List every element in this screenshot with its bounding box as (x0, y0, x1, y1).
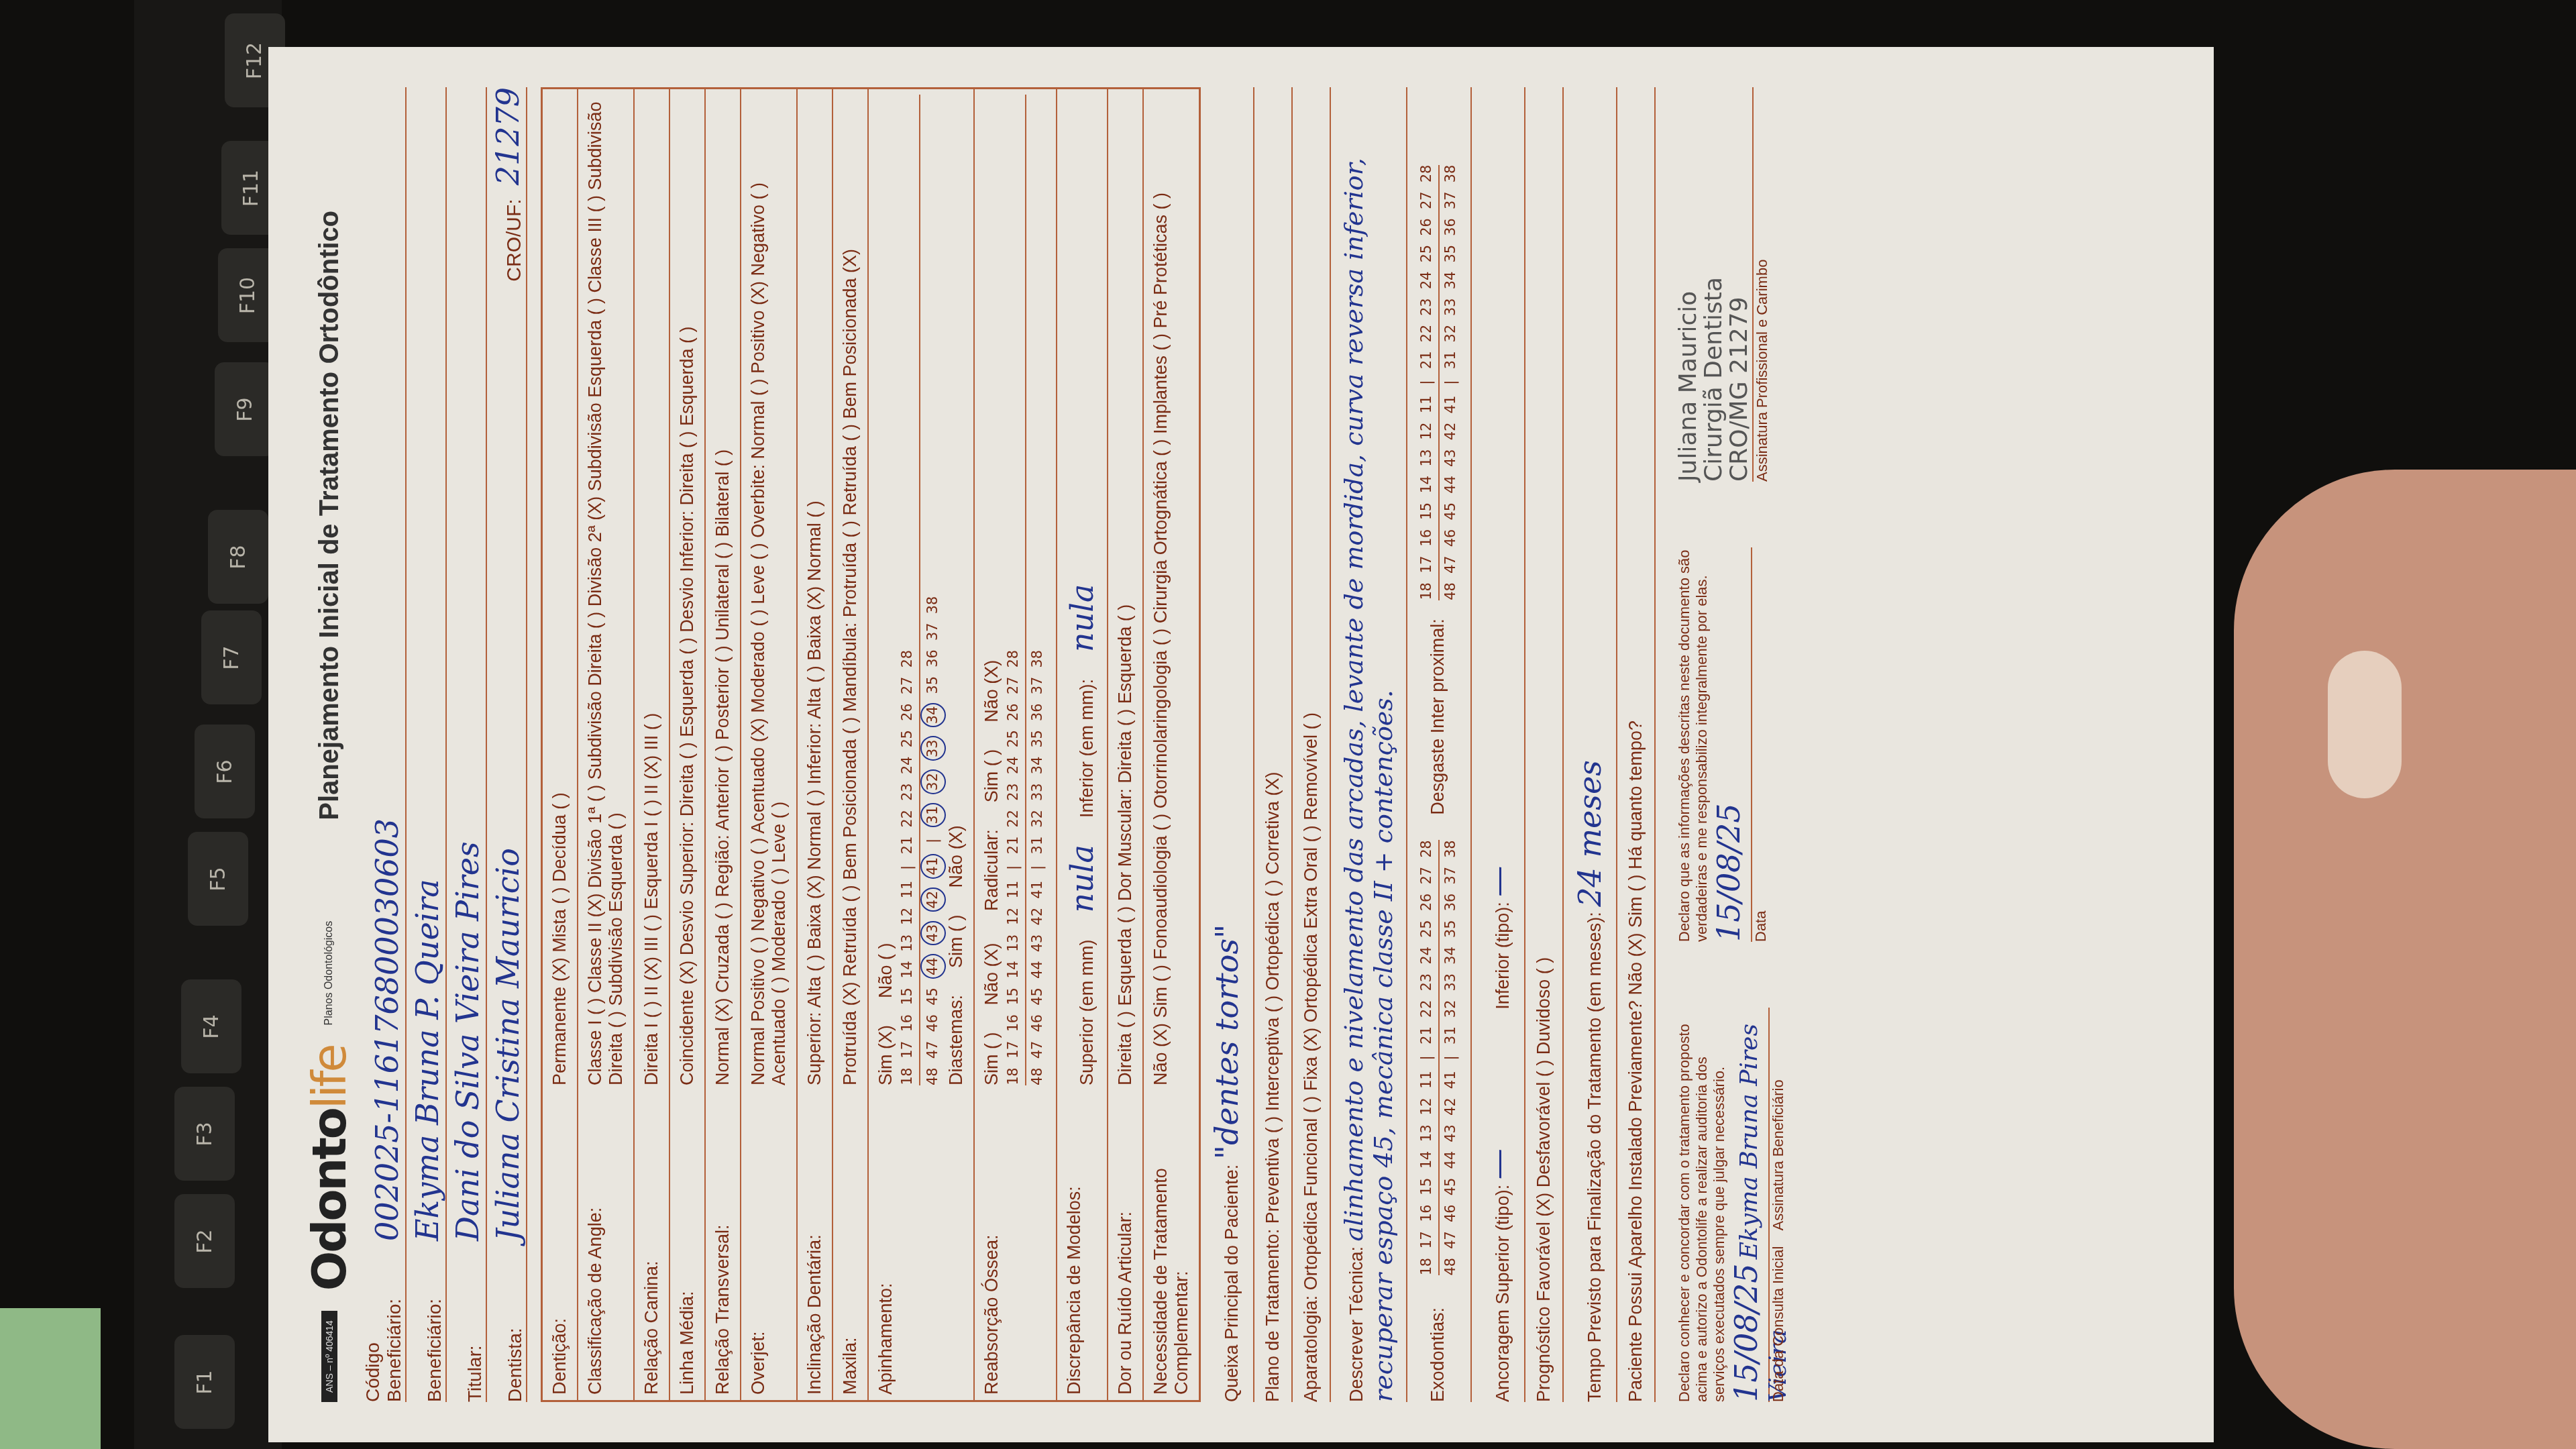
form-title: Planejamento Inicial de Tratamento Ortod… (315, 211, 345, 820)
key-f1: F1 (174, 1335, 235, 1429)
row-overjet: Overjet:Normal Positivo ( ) Negativo ( )… (741, 89, 797, 1401)
row-angle: Classificação de Angle:Classe I ( ) Clas… (578, 89, 634, 1401)
row-linha-media: Linha Média:Coincidente (X) Desvio Super… (669, 89, 705, 1401)
logo-subtitle: Planos Odontológicos (323, 921, 335, 1026)
row-transversal: Relação Transversal:Normal (X) Cruzada (… (705, 89, 741, 1401)
exodontias: Exodontias: 18 17 16 15 14 13 12 11 | 21… (1407, 87, 1472, 1402)
form-header: ANS – nº 406414 Odontolife Planos Odonto… (302, 87, 357, 1402)
key-f3: F3 (174, 1087, 235, 1181)
aparelho-previo: Paciente Possui Aparelho Instalado Previ… (1617, 87, 1656, 1402)
key-f9: F9 (215, 362, 275, 456)
prognostico: Prognóstico Favorável (X) Desfavorável (… (1525, 87, 1564, 1402)
row-denticao: Dentição:Permanente (X) Mista ( ) Decídu… (542, 89, 578, 1401)
row-dor: Dor ou Ruído Articular:Direita ( ) Esque… (1108, 89, 1143, 1401)
row-maxila: Maxila:Protruída (X) Retruída ( ) Bem Po… (833, 89, 868, 1401)
odontolife-logo: Odontolife (302, 1045, 357, 1291)
descrever-tecnica: Descrever Técnica: alinhamento e nivelam… (1331, 87, 1407, 1402)
tempo-previsto: Tempo Previsto para Finalização do Trata… (1564, 87, 1617, 1402)
field-titular: Titular:Dani do Silva Vieira Pires (451, 87, 487, 1402)
key-f4: F4 (181, 979, 241, 1073)
dentist-stamp: Juliana MauricioCirurgiã DentistaCRO/MG … (1676, 87, 1752, 482)
key-f7: F7 (201, 610, 262, 704)
row-canina: Relação Canina:Direita I ( ) II (X) III … (634, 89, 669, 1401)
aparatologia: Aparatologia: Ortopédica Funcional ( ) F… (1293, 87, 1331, 1402)
signature-area: Declaro conhecer e concordar com o trata… (1676, 87, 1787, 1402)
key-f2: F2 (174, 1194, 235, 1288)
keyboard-function-row: F1 F2 F3 F4 F5 F6 F7 F8 F9 F10 F11 F12 (134, 0, 282, 1449)
ancoragem: Ancoragem Superior (tipo): — Inferior (t… (1472, 87, 1525, 1402)
row-inclinacao: Inclinação Dentária:Superior: Alta ( ) B… (797, 89, 833, 1401)
apinhamento-teeth-chart: 18 17 16 15 14 13 12 11 | 21 22 23 24 25… (896, 95, 946, 1085)
plano-tratamento: Plano de Tratamento: Preventiva ( ) Inte… (1254, 87, 1293, 1402)
row-reabsorcao: Reabsorção Óssea: Sim ( )Não (X) Radicul… (974, 89, 1057, 1401)
row-apinhamento: Apinhamento: Sim (X)Não ( ) 18 17 16 15 … (868, 89, 974, 1401)
key-f5: F5 (188, 832, 248, 926)
ans-badge: ANS – nº 406414 (321, 1311, 337, 1402)
key-f8: F8 (208, 510, 268, 604)
field-dentista: Dentista:Juliana Cristina Mauricio CRO/U… (491, 87, 527, 1402)
key-f6: F6 (195, 724, 255, 818)
field-codigo: Código Beneficiário:002025-1161768000306… (370, 87, 407, 1402)
field-cro: CRO/UF:21279 (490, 87, 526, 282)
row-discrepancia: Discrepância de Modelos: Superior (em mm… (1057, 89, 1108, 1401)
orthodontic-plan-form: ANS – nº 406414 Odontolife Planos Odonto… (268, 47, 2214, 1442)
queixa-principal: Queixa Principal do Paciente: "dentes to… (1201, 87, 1254, 1402)
green-paper-corner (0, 1308, 101, 1449)
clinical-table: Dentição:Permanente (X) Mista ( ) Decídu… (541, 87, 1201, 1402)
hand-holding-paper (2234, 470, 2576, 1449)
field-beneficiario: Beneficiário:Ekyma Bruna P. Queira (411, 87, 447, 1402)
thumbnail (2328, 651, 2402, 798)
row-necessidade: Necessidade de Tratamento Complementar:N… (1143, 89, 1200, 1401)
